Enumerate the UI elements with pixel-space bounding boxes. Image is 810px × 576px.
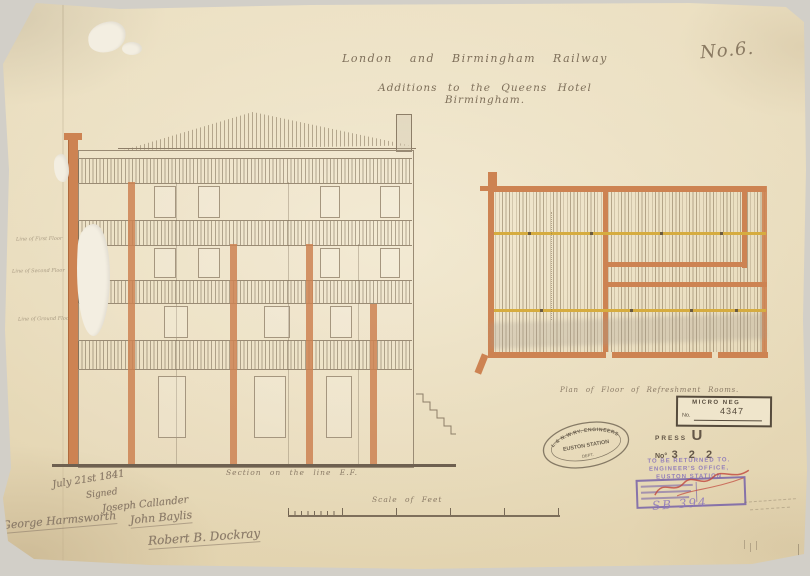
pencil-mark [744, 540, 745, 549]
paper-tear [54, 154, 69, 182]
reference-number: SB 394 [652, 495, 709, 513]
oval-stamp-center-text: EUSTON STATION [563, 439, 610, 453]
left-masonry-wall [68, 138, 78, 466]
window-opening [380, 248, 400, 278]
plan-caption: Plan of Floor of Refreshment Rooms. [560, 386, 739, 394]
window-opening [380, 186, 400, 218]
faint-plan-annotation [551, 212, 552, 320]
section-caption: Section on the line E.F. [226, 468, 358, 477]
title-line-1: London and Birmingham Railway [330, 52, 620, 65]
beam-post-marker [528, 232, 531, 235]
scale-bar [288, 506, 560, 517]
signed-label: Signed [86, 487, 119, 501]
ground-line [52, 464, 456, 467]
signature-name: John Baylis [129, 508, 192, 528]
pencil-mark [750, 543, 751, 552]
beam-post-marker [690, 309, 693, 312]
faint-pencil-note [744, 498, 796, 503]
door-opening [254, 376, 286, 438]
oval-office-stamp: L.& N.W.RY. ENGINEERS EUSTON STATION DEP… [536, 411, 636, 478]
oval-stamp-bottom-text: DEPT. [582, 452, 595, 459]
stairs [414, 392, 456, 446]
window-opening [198, 186, 220, 218]
faint-pencil-note [750, 507, 790, 511]
wall-notch [606, 352, 612, 358]
drawing-sheet: London and Birmingham Railway Additions … [0, 0, 810, 576]
plan-wall-inner-right [742, 186, 747, 268]
press-letter: U [692, 427, 703, 444]
press-label: PRESS [655, 435, 687, 442]
drawing-number: No.6. [699, 38, 755, 64]
beam-post-marker [735, 309, 738, 312]
door-opening [326, 376, 352, 438]
window-opening [320, 248, 340, 278]
building-section-drawing [58, 100, 462, 472]
plan-wall-top [488, 186, 766, 192]
paper-crease [62, 0, 64, 576]
iron-column [128, 182, 135, 466]
micro-neg-number: 4347 [720, 406, 744, 416]
beam-post-marker [540, 309, 543, 312]
paper-tear [122, 42, 142, 55]
window-opening [154, 248, 176, 278]
beam-post-marker [630, 309, 633, 312]
door-opening [158, 376, 186, 438]
beam-post-marker [660, 232, 663, 235]
corner-mark [786, 544, 799, 559]
window-opening [264, 306, 290, 338]
plan-wall-spur [475, 353, 489, 374]
signature-name: George Harmsworth [2, 509, 117, 534]
micro-neg-stamp: MICRO NEG 4347 No. [676, 396, 772, 428]
plan-wall-bottom [488, 352, 768, 358]
iron-column [370, 304, 377, 466]
chimney [396, 114, 412, 152]
roof-eaves-line [118, 148, 416, 149]
iron-column [230, 244, 237, 466]
window-opening [154, 186, 176, 218]
signature-name: Robert B. Dockray [148, 526, 261, 550]
floor-joist-band [78, 158, 412, 184]
micro-neg-line [694, 420, 762, 422]
beam-post-marker [590, 232, 593, 235]
micro-neg-no-label: No. [682, 413, 691, 419]
window-opening [330, 306, 352, 338]
plan-wall-cross-b [603, 282, 767, 287]
roof-truss-hatching [124, 112, 410, 150]
pencil-mark [756, 541, 757, 550]
scale-caption: Scale of Feet [372, 495, 442, 504]
window-opening [164, 306, 188, 338]
wall-notch [712, 352, 718, 358]
window-opening [198, 248, 220, 278]
partition-line [358, 244, 359, 466]
beam-post-marker [720, 232, 723, 235]
iron-column [306, 244, 313, 466]
floor-plan-drawing [480, 170, 772, 376]
plan-beam [494, 232, 766, 235]
window-opening [320, 186, 340, 218]
wall-cap [64, 133, 82, 140]
plan-wall-cross-a [603, 262, 747, 267]
